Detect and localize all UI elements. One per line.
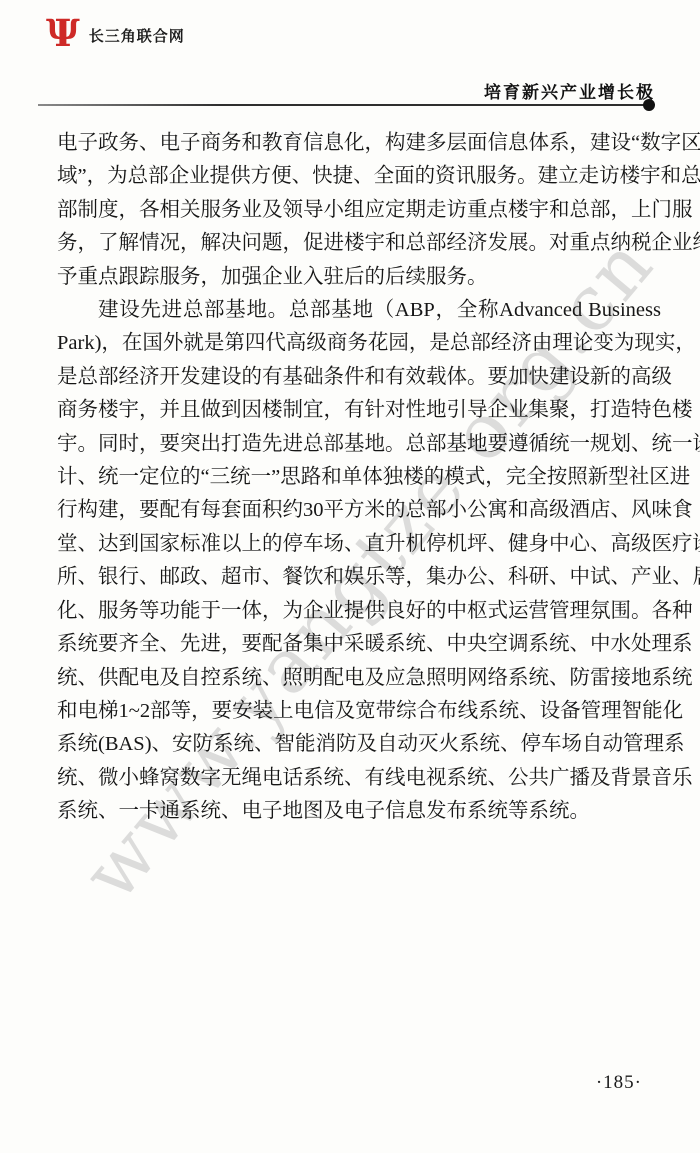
running-title: 培育新兴产业增长极 (484, 78, 655, 103)
header-rule (38, 104, 648, 106)
logo-icon: Ψ (46, 12, 80, 54)
text-line: 系统(BAS)、安防系统、智能消防及自动灭火系统、停车场自动管理系 (57, 728, 661, 761)
rule-end-dot-icon (643, 99, 655, 111)
text-line: 是总部经济开发建设的有基础条件和有效载体。要加快建设新的高级 (57, 361, 661, 394)
text-line: 部制度，各相关服务业及领导小组应定期走访重点楼宇和总部，上门服 (57, 194, 661, 227)
text-line: 域”，为总部企业提供方便、快捷、全面的资讯服务。建立走访楼宇和总 (57, 160, 661, 193)
text-line: 和电梯1~2部等，要安装上电信及宽带综合布线系统、设备管理智能化 (57, 695, 661, 728)
logo-text: 长三角联合网 (89, 21, 185, 46)
body-text: 电子政务、电子商务和教育信息化，构建多层面信息体系，建设“数字区域”，为总部企业… (57, 127, 661, 829)
text-line: 化、服务等功能于一体，为企业提供良好的中枢式运营管理氛围。各种 (57, 595, 661, 628)
paragraph: 建设先进总部基地。总部基地（ABP，全称Advanced BusinessPar… (57, 294, 661, 829)
text-line: 系统要齐全、先进，要配备集中采暖系统、中央空调系统、中水处理系 (57, 628, 661, 661)
page-number: ·185· (596, 1072, 642, 1094)
text-line: 商务楼宇，并且做到因楼制宜，有针对性地引导企业集聚，打造特色楼 (57, 394, 661, 427)
text-line: 统、微小蜂窝数字无绳电话系统、有线电视系统、公共广播及背景音乐 (57, 762, 661, 795)
text-line: 系统、一卡通系统、电子地图及电子信息发布系统等系统。 (57, 795, 661, 828)
text-line: Park)，在国外就是第四代高级商务花园，是总部经济由理论变为现实， (57, 327, 661, 360)
text-line: 计、统一定位的“三统一”思路和单体独楼的模式，完全按照新型社区进 (57, 461, 661, 494)
site-logo: Ψ 长三角联合网 (46, 12, 185, 54)
text-line: 予重点跟踪服务，加强企业入驻后的后续服务。 (57, 261, 661, 294)
text-line: 宇。同时，要突出打造先进总部基地。总部基地要遵循统一规划、统一设 (57, 428, 661, 461)
paragraph: 电子政务、电子商务和教育信息化，构建多层面信息体系，建设“数字区域”，为总部企业… (57, 127, 661, 294)
page: www.yangtze.org.cn Ψ 长三角联合网 培育新兴产业增长极 电子… (0, 0, 700, 1153)
text-line: 堂、达到国家标准以上的停车场、直升机停机坪、健身中心、高级医疗诊 (57, 528, 661, 561)
text-line: 所、银行、邮政、超市、餐饮和娱乐等，集办公、科研、中试、产业、居住、文 (57, 561, 661, 594)
text-line: 建设先进总部基地。总部基地（ABP，全称Advanced Business (57, 294, 661, 327)
text-line: 务，了解情况，解决问题，促进楼宇和总部经济发展。对重点纳税企业给 (57, 227, 661, 260)
text-line: 行构建，要配有每套面积约30平方米的总部小公寓和高级酒店、风味食 (57, 494, 661, 527)
text-line: 统、供配电及自控系统、照明配电及应急照明网络系统、防雷接地系统 (57, 662, 661, 695)
text-line: 电子政务、电子商务和教育信息化，构建多层面信息体系，建设“数字区 (57, 127, 661, 160)
